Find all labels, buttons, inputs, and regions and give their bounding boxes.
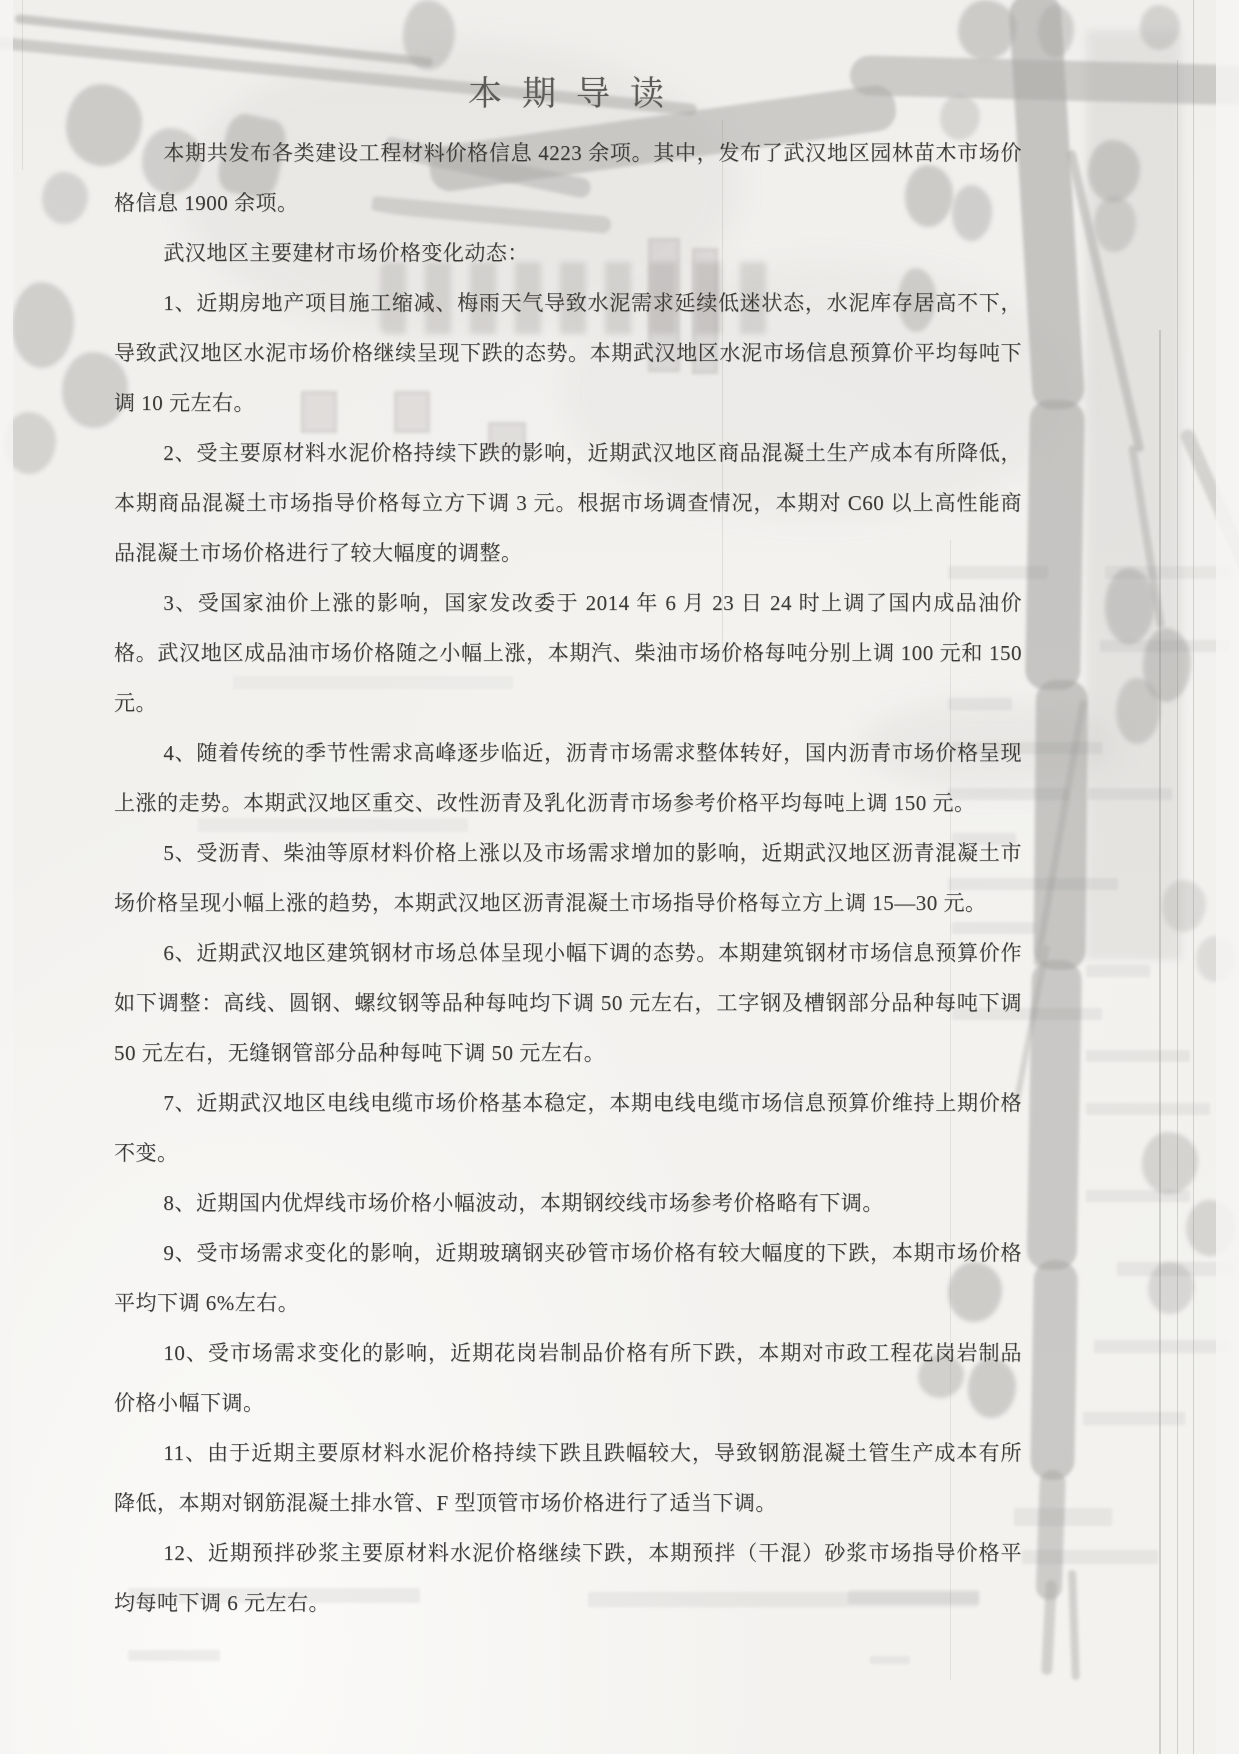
- bleedthrough-line: [1086, 1190, 1190, 1202]
- bleedthrough-line: [1105, 566, 1233, 579]
- page-title: 本期导读: [114, 66, 1022, 115]
- scan-fold-line: [22, 0, 23, 170]
- ink-blossom: [1142, 1132, 1198, 1194]
- news-item-11: 11、由于近期主要原材料水泥价格持续下跌且跌幅较大，导致钢筋混凝土管生产成本有所…: [114, 1428, 1022, 1528]
- scan-fold-line: [1159, 330, 1161, 1754]
- scan-fold-line: [1177, 60, 1178, 1754]
- bleedthrough-line: [1014, 1508, 1112, 1526]
- ink-blossom: [12, 282, 74, 368]
- scanned-document-page: 本期导读 本期共发布各类建设工程材料价格信息 4223 余项。其中，发布了武汉地…: [0, 0, 1239, 1754]
- ink-blossom: [958, 0, 1016, 60]
- news-item-5: 5、受沥青、柴油等原材料价格上涨以及市场需求增加的影响，近期武汉地区沥青混凝土市…: [114, 828, 1022, 928]
- news-item-12: 12、近期预拌砂浆主要原材料水泥价格继续下跌，本期预拌（干混）砂浆市场指导价格平…: [114, 1528, 1022, 1628]
- news-item-10: 10、受市场需求变化的影响，近期花岗岩制品价格有所下跌，本期对市政工程花岗岩制品…: [114, 1328, 1022, 1428]
- document-body: 本期共发布各类建设工程材料价格信息 4223 余项。其中，发布了武汉地区园林苗木…: [114, 128, 1022, 1628]
- news-item-7: 7、近期武汉地区电线电缆市场价格基本稳定，本期电线电缆市场信息预算价维持上期价格…: [114, 1078, 1022, 1178]
- section-heading: 武汉地区主要建材市场价格变化动态：: [114, 228, 1022, 278]
- intro-paragraph: 本期共发布各类建设工程材料价格信息 4223 余项。其中，发布了武汉地区园林苗木…: [114, 128, 1022, 228]
- ink-trunk-segment: [1030, 1260, 1078, 1481]
- page-edge-band: [1216, 0, 1239, 1754]
- news-item-4: 4、随着传统的季节性需求高峰逐步临近，沥青市场需求整体转好，国内沥青市场价格呈现…: [114, 728, 1022, 828]
- news-item-9: 9、受市场需求变化的影响，近期玻璃钢夹砂管市场价格有较大幅度的下跌，本期市场价格…: [114, 1228, 1022, 1328]
- bleedthrough-line: [1083, 1412, 1185, 1425]
- bleedthrough-line: [1094, 1340, 1230, 1353]
- news-item-1: 1、近期房地产项目施工缩减、梅雨天气导致水泥需求延续低迷状态，水泥库存居高不下，…: [114, 278, 1022, 428]
- bleedthrough-line: [1086, 1050, 1190, 1062]
- bleedthrough-line: [1022, 1550, 1158, 1564]
- bleedthrough-line: [1086, 1103, 1210, 1115]
- bleedthrough-line: [128, 1650, 220, 1661]
- scan-fold-line: [1193, 0, 1194, 1754]
- bleedthrough-line: [1100, 640, 1230, 652]
- news-item-3: 3、受国家油价上涨的影响，国家发改委于 2014 年 6 月 23 日 24 时…: [114, 578, 1022, 728]
- ink-blossom: [42, 172, 88, 224]
- ink-trunk-tip: [1068, 1570, 1080, 1680]
- ink-blossom: [1162, 880, 1206, 932]
- news-item-6: 6、近期武汉地区建筑钢材市场总体呈现小幅下调的态势。本期建筑钢材市场信息预算价作…: [114, 928, 1022, 1078]
- ink-trunk-segment: [1025, 400, 1085, 691]
- news-item-2: 2、受主要原材料水泥价格持续下跌的影响，近期武汉地区商品混凝土生产成本有所降低，…: [114, 428, 1022, 578]
- bleedthrough-line: [870, 1656, 910, 1664]
- bleedthrough-line: [1086, 965, 1150, 977]
- news-item-8: 8、近期国内优焊线市场价格小幅波动，本期钢绞线市场参考价格略有下调。: [114, 1178, 1022, 1228]
- page-edge-band: [0, 0, 13, 1754]
